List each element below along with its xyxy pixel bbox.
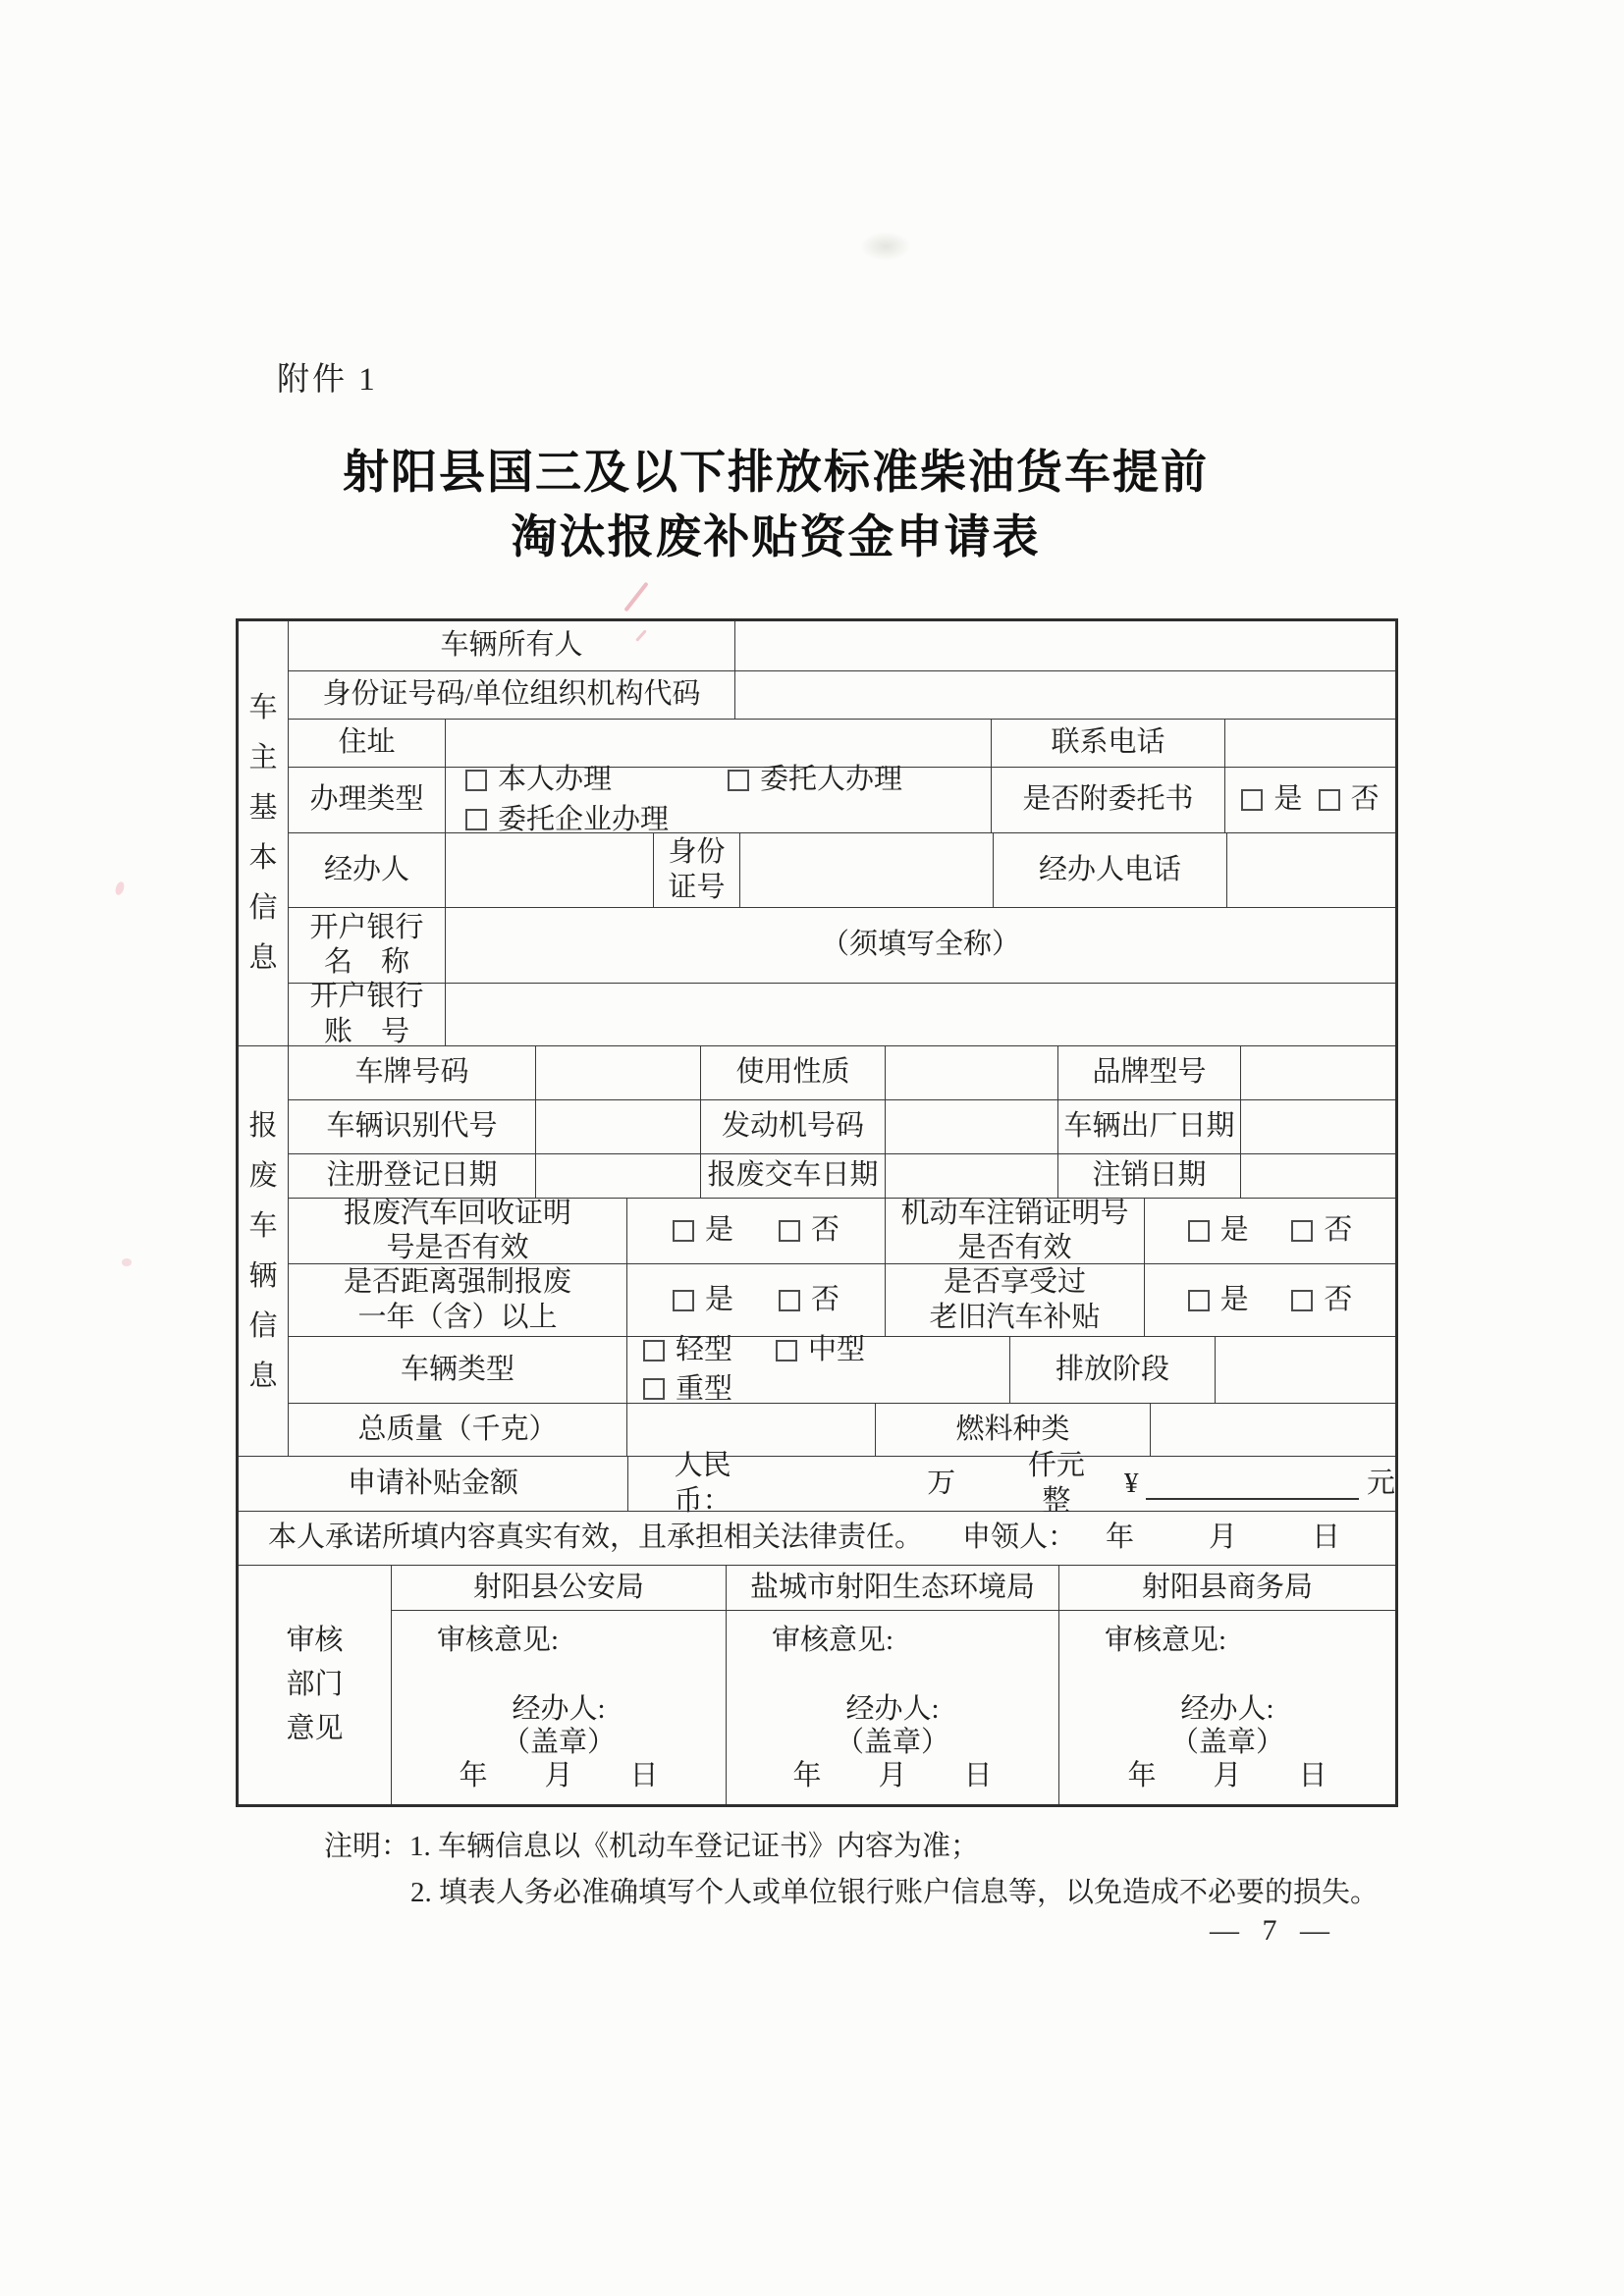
page-number: — 7 —	[1210, 1914, 1337, 1948]
checkbox-force-scrap-no[interactable]	[779, 1290, 800, 1311]
vehicle-info-group: 报废车辆信息 车牌号码 使用性质 品牌型号 车辆识别代号 发动机号码 车辆出厂日…	[239, 1046, 1395, 1457]
option-force-scrap-yes: 是	[673, 1283, 733, 1317]
subsidy-amount-group: 申请补贴金额 人民币： 万 仟元整 ¥ 元	[239, 1457, 1395, 1512]
cancel-date-input[interactable]	[1241, 1154, 1395, 1198]
recycle-cert-options: 是 否	[627, 1199, 886, 1263]
title-line-1: 射阳县国三及以下排放标准柴油货车提前	[196, 440, 1355, 505]
bank-account-label: 开户银行账 号	[289, 984, 446, 1045]
declaration-cell: 本人承诺所填内容真实有效，且承担相关法律责任。 申领人： 年 月 日	[239, 1512, 1395, 1565]
weight-input[interactable]	[627, 1404, 876, 1456]
option-type-medium: 中型	[776, 1333, 865, 1367]
plate-input[interactable]	[536, 1046, 701, 1099]
option-poa-no: 否	[1319, 782, 1380, 817]
subsidy-amount-value[interactable]: 人民币： 万 仟元整 ¥ 元	[628, 1457, 1395, 1511]
option-old-subsidy-no: 否	[1291, 1283, 1352, 1317]
scan-artifact-smudge	[860, 232, 911, 261]
usage-label: 使用性质	[701, 1046, 886, 1099]
factory-date-label: 车辆出厂日期	[1058, 1100, 1241, 1153]
bank-name-hint: （须填写全称）	[821, 928, 1020, 962]
plate-label: 车牌号码	[289, 1046, 536, 1099]
id-code-input[interactable]	[735, 671, 1395, 719]
contact-phone-input[interactable]	[1225, 720, 1395, 767]
cancel-cert-label: 机动车注销证明号是否有效	[886, 1199, 1145, 1263]
fuel-label: 燃料种类	[876, 1404, 1151, 1456]
declaration-statement: 本人承诺所填内容真实有效，且承担相关法律责任。	[268, 1521, 923, 1555]
old-subsidy-label: 是否享受过老旧汽车补贴	[886, 1264, 1145, 1336]
address-input[interactable]	[446, 720, 992, 767]
agent-id-label: 身份证号	[654, 833, 740, 907]
document-title: 射阳县国三及以下排放标准柴油货车提前 淘汰报废补贴资金申请表	[196, 440, 1355, 569]
section-label-vehicle: 报废车辆信息	[239, 1046, 289, 1456]
brand-input[interactable]	[1241, 1046, 1395, 1099]
vin-input[interactable]	[536, 1100, 701, 1153]
option-cancel-cert-yes: 是	[1188, 1213, 1249, 1248]
subsidy-amount-label: 申请补贴金额	[239, 1457, 628, 1511]
declaration-group: 本人承诺所填内容真实有效，且承担相关法律责任。 申领人： 年 月 日	[239, 1512, 1395, 1566]
scan-artifact-speck	[122, 1258, 132, 1266]
scan-artifact-pen-mark	[623, 582, 648, 613]
vin-label: 车辆识别代号	[289, 1100, 536, 1153]
id-code-label: 身份证号码/单位组织机构代码	[289, 671, 735, 719]
checkbox-self-handle[interactable]	[465, 770, 487, 791]
option-recycle-cert-yes: 是	[673, 1213, 733, 1248]
option-type-heavy: 重型	[643, 1372, 732, 1407]
review-cell-police[interactable]: 审核意见: 经办人: （盖章） 年 月 日	[392, 1611, 727, 1804]
seal-label: （盖章）	[502, 1726, 616, 1759]
engine-label: 发动机号码	[701, 1100, 886, 1153]
handover-date-label: 报废交车日期	[701, 1154, 886, 1198]
scanned-document-page: 附件 1 射阳县国三及以下排放标准柴油货车提前 淘汰报废补贴资金申请表 车主基本…	[0, 0, 1624, 2296]
checkbox-old-subsidy-no[interactable]	[1291, 1290, 1313, 1311]
review-cell-commerce[interactable]: 审核意见: 经办人: （盖章） 年 月 日	[1059, 1611, 1395, 1804]
brand-label: 品牌型号	[1058, 1046, 1241, 1099]
poa-label: 是否附委托书	[992, 768, 1225, 832]
register-date-label: 注册登记日期	[289, 1154, 536, 1198]
option-self-handle: 本人办理	[465, 763, 612, 797]
checkbox-cancel-cert-yes[interactable]	[1188, 1220, 1210, 1242]
force-scrap-label: 是否距离强制报废一年（含）以上	[289, 1264, 627, 1336]
emission-stage-input[interactable]	[1216, 1337, 1395, 1403]
application-form-table: 车主基本信息 车辆所有人 身份证号码/单位组织机构代码 住址 联系电话	[236, 618, 1398, 1807]
section-label-review: 审核部门意见	[239, 1566, 392, 1804]
note-item-2: 2. 填表人务必准确填写个人或单位银行账户信息等，以免造成不必要的损失。	[410, 1877, 1379, 1908]
scan-artifact-speck	[114, 881, 126, 896]
seal-label: （盖章）	[836, 1726, 949, 1759]
handler-label: 经办人:	[512, 1692, 605, 1726]
option-delegate-person: 委托人办理	[728, 763, 902, 797]
vehicle-type-label: 车辆类型	[289, 1337, 627, 1403]
option-cancel-cert-no: 否	[1291, 1213, 1352, 1248]
cancel-date-label: 注销日期	[1058, 1154, 1241, 1198]
weight-label: 总质量（千克）	[289, 1404, 627, 1456]
checkbox-poa-no[interactable]	[1319, 789, 1340, 811]
bank-name-label: 开户银行名 称	[289, 908, 446, 983]
agent-phone-input[interactable]	[1227, 833, 1395, 907]
handle-type-label: 办理类型	[289, 768, 446, 832]
vehicle-owner-input[interactable]	[735, 621, 1395, 670]
bank-account-input[interactable]	[446, 984, 1395, 1045]
handover-date-input[interactable]	[886, 1154, 1058, 1198]
review-date: 年 月 日	[1127, 1759, 1326, 1792]
bank-name-input[interactable]: （须填写全称）	[446, 908, 1395, 983]
poa-options: 是 否	[1225, 768, 1395, 832]
engine-input[interactable]	[886, 1100, 1058, 1153]
checkbox-cancel-cert-no[interactable]	[1291, 1220, 1313, 1242]
handler-label: 经办人:	[1180, 1692, 1273, 1726]
note-item-1: 1. 车辆信息以《机动车登记证书》内容为准；	[409, 1831, 979, 1862]
declaration-date: 年 月 日	[1106, 1521, 1346, 1555]
checkbox-type-heavy[interactable]	[643, 1378, 665, 1400]
contact-phone-label: 联系电话	[992, 720, 1225, 767]
checkbox-recycle-cert-no[interactable]	[779, 1220, 800, 1242]
agent-input[interactable]	[446, 833, 654, 907]
opinion-label: 审核意见:	[392, 1624, 559, 1657]
handler-label: 经办人:	[845, 1692, 939, 1726]
notes: 注明：1. 车辆信息以《机动车登记证书》内容为准； 2. 填表人务必准确填写个人…	[324, 1824, 1379, 1916]
opinion-label: 审核意见:	[727, 1624, 893, 1657]
note-line-1: 注明：1. 车辆信息以《机动车登记证书》内容为准；	[324, 1824, 1379, 1870]
checkbox-delegate-company[interactable]	[465, 809, 487, 830]
option-type-light: 轻型	[643, 1333, 732, 1367]
note-line-2: 2. 填表人务必准确填写个人或单位银行账户信息等，以免造成不必要的损失。	[410, 1870, 1379, 1916]
checkbox-force-scrap-yes[interactable]	[673, 1290, 694, 1311]
department-header-police: 射阳县公安局	[392, 1566, 727, 1610]
wan-unit: 万	[927, 1467, 955, 1501]
emission-stage-label: 排放阶段	[1010, 1337, 1216, 1403]
checkbox-poa-yes[interactable]	[1241, 789, 1263, 811]
factory-date-input[interactable]	[1241, 1100, 1395, 1153]
address-label: 住址	[289, 720, 446, 767]
review-cell-environment[interactable]: 审核意见: 经办人: （盖章） 年 月 日	[727, 1611, 1059, 1804]
vehicle-type-options: 轻型 中型 重型	[627, 1337, 1010, 1403]
old-subsidy-options: 是 否	[1145, 1264, 1395, 1336]
attachment-label: 附件 1	[277, 353, 378, 400]
yuan-unit: 元	[1367, 1467, 1395, 1501]
currency-sign: ¥	[1124, 1467, 1139, 1501]
amount-underline[interactable]	[1146, 1468, 1359, 1500]
option-force-scrap-no: 否	[779, 1283, 839, 1317]
section-label-owner: 车主基本信息	[239, 621, 289, 1045]
checkbox-recycle-cert-yes[interactable]	[673, 1220, 694, 1242]
option-poa-yes: 是	[1241, 782, 1302, 817]
checkbox-delegate-person[interactable]	[728, 770, 749, 791]
review-date: 年 月 日	[792, 1759, 992, 1792]
handle-type-options: 本人办理 委托人办理 委托企业办理	[446, 768, 992, 832]
notes-prefix: 注明：	[324, 1831, 409, 1862]
option-recycle-cert-no: 否	[779, 1213, 839, 1248]
agent-phone-label: 经办人电话	[994, 833, 1227, 907]
vehicle-owner-label: 车辆所有人	[289, 621, 735, 670]
checkbox-type-light[interactable]	[643, 1340, 665, 1362]
option-delegate-company: 委托企业办理	[465, 803, 669, 837]
recycle-cert-label: 报废汽车回收证明号是否有效	[289, 1199, 627, 1263]
register-date-input[interactable]	[536, 1154, 701, 1198]
cancel-cert-options: 是 否	[1145, 1199, 1395, 1263]
opinion-label: 审核意见:	[1059, 1624, 1226, 1657]
qian-unit: 仟元整	[1014, 1449, 1099, 1519]
review-date: 年 月 日	[459, 1759, 658, 1792]
title-line-2: 淘汰报废补贴资金申请表	[196, 505, 1355, 569]
department-header-environment: 盐城市射阳生态环境局	[727, 1566, 1059, 1610]
usage-input[interactable]	[886, 1046, 1058, 1099]
applicant-label: 申领人：	[962, 1521, 1076, 1555]
seal-label: （盖章）	[1170, 1726, 1284, 1759]
currency-prefix: 人民币：	[646, 1449, 759, 1519]
checkbox-old-subsidy-yes[interactable]	[1188, 1290, 1210, 1311]
force-scrap-options: 是 否	[627, 1264, 886, 1336]
checkbox-type-medium[interactable]	[776, 1340, 797, 1362]
review-group: 审核部门意见 射阳县公安局 盐城市射阳生态环境局 射阳县商务局 审核意见: 经办…	[239, 1566, 1395, 1804]
agent-id-input[interactable]	[740, 833, 994, 907]
department-header-commerce: 射阳县商务局	[1059, 1566, 1395, 1610]
fuel-input[interactable]	[1151, 1404, 1395, 1456]
agent-label: 经办人	[289, 833, 446, 907]
owner-info-group: 车主基本信息 车辆所有人 身份证号码/单位组织机构代码 住址 联系电话	[239, 621, 1395, 1046]
option-old-subsidy-yes: 是	[1188, 1283, 1249, 1317]
